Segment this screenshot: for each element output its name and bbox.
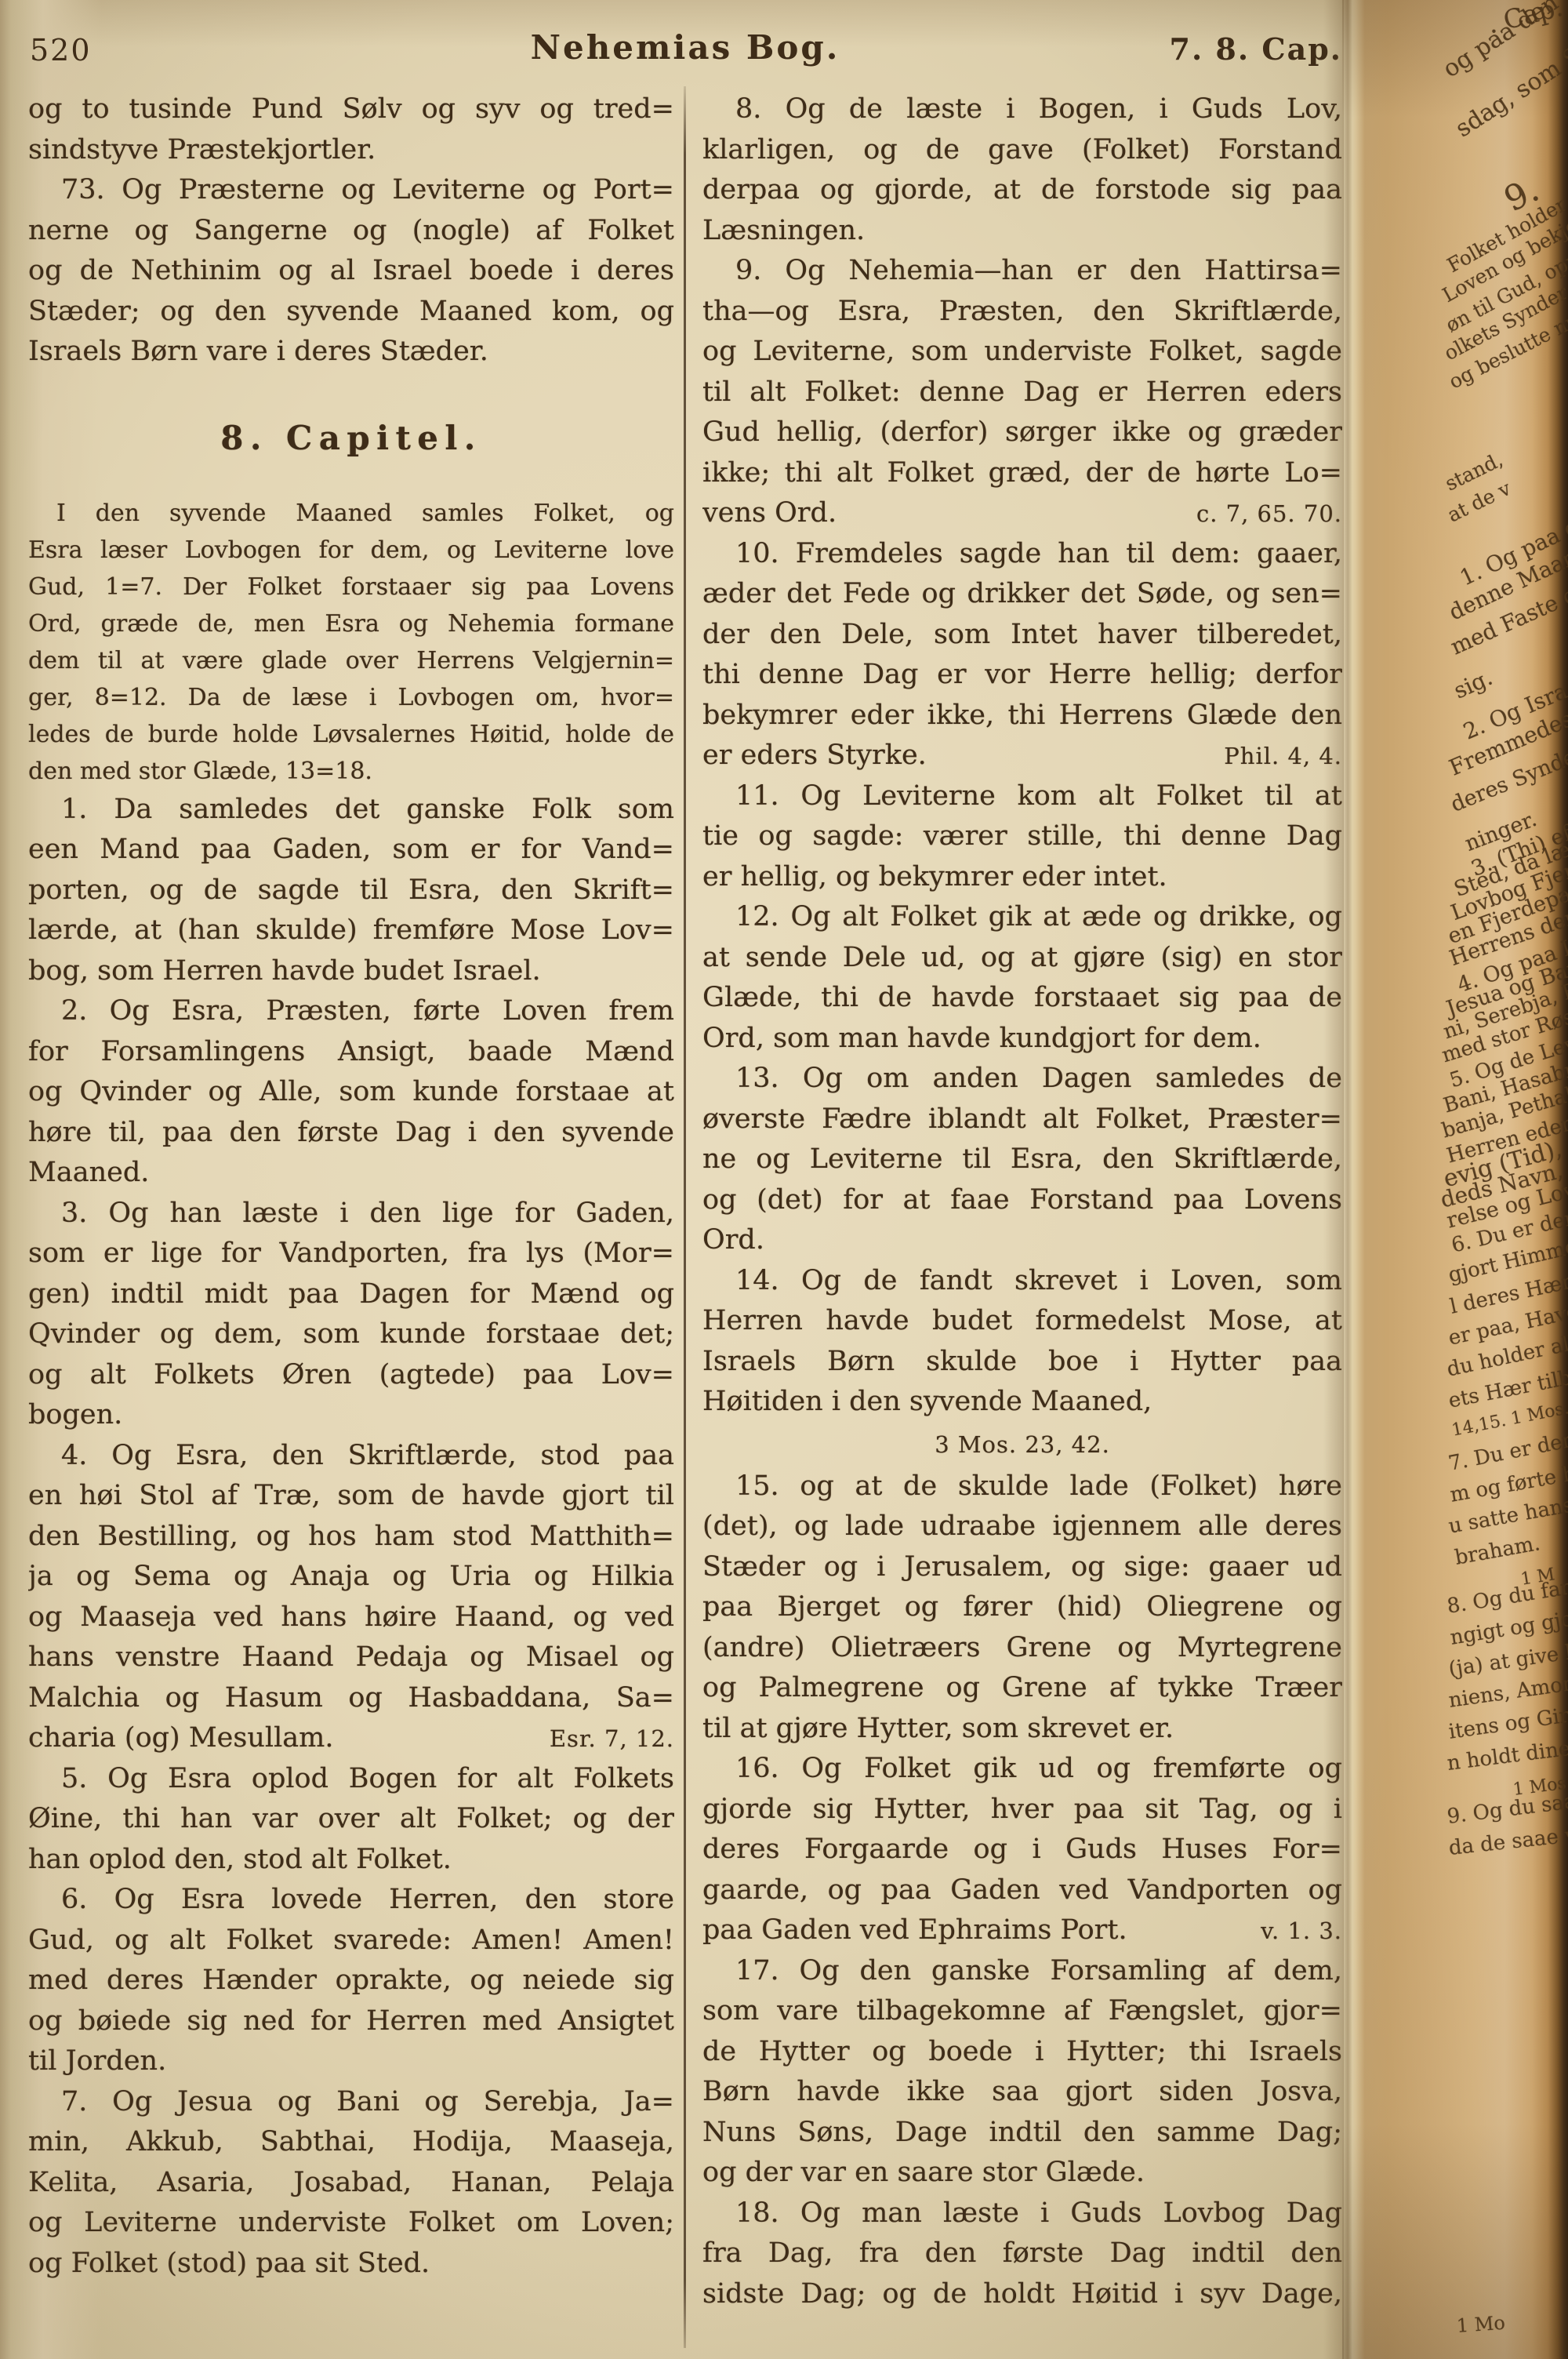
left-text-column: og to tusinde Pund Sølv og syv og tred=s… xyxy=(28,89,674,2284)
text-line: og Palmegrene og Grene af tykke Træer xyxy=(702,1668,1342,1709)
text-line: æder det Fede og drikker det Søde, og se… xyxy=(702,574,1342,615)
text-line: 2. Og Esra, Præsten, førte Loven frem xyxy=(28,991,674,1032)
text-line: og der var en saare stor Glæde. xyxy=(702,2153,1342,2194)
text-line: 5. Og Esra oplod Bogen for alt Folkets xyxy=(28,1759,674,1800)
text-line: han oplod den, stod alt Folket. xyxy=(28,1840,674,1881)
text-line: og (det) for at faae Forstand paa Lovens xyxy=(702,1180,1342,1221)
text-line: 3. Og han læste i den lige for Gaden, xyxy=(28,1194,674,1234)
text-line: Israels Børn skulde boe i Hytter paa xyxy=(702,1342,1342,1383)
verse-reference: c. 7, 65. 70. xyxy=(1196,494,1342,534)
page-gutter-shadow xyxy=(1323,0,1344,2359)
text-line: 14. Og de fandt skrevet i Loven, som xyxy=(702,1261,1342,1302)
text-line: Læsningen. xyxy=(702,211,1342,252)
verse-block: 1. Da samledes det ganske Folk someen Ma… xyxy=(28,790,674,2284)
column-divider-rule xyxy=(684,86,686,2348)
verse-text: paa Gaden ved Ephraims Port. xyxy=(702,1910,1127,1951)
text-line: der den Dele, som Intet haver tilberedet… xyxy=(702,615,1342,656)
text-line: og Leviterne, som underviste Folket, sag… xyxy=(702,332,1342,373)
text-line: Herren havde budet formedelst Mose, at xyxy=(702,1301,1342,1342)
verse-text: er eders Styrke. xyxy=(702,736,927,776)
text-line: bekymrer eder ikke, thi Herrens Glæde de… xyxy=(702,696,1342,736)
text-line: og Maaseja ved hans høire Haand, og ved xyxy=(28,1598,674,1638)
text-line: paa Gaden ved Ephraims Port.v. 1. 3. xyxy=(702,1910,1342,1951)
verse-block: og to tusinde Pund Sølv og syv og tred=s… xyxy=(28,89,674,373)
text-line: til alt Folket: denne Dag er Herren eder… xyxy=(702,373,1342,413)
text-line: Ord, græde de, men Esra og Nehemia forma… xyxy=(28,605,674,642)
text-line: og to tusinde Pund Sølv og syv og tred= xyxy=(28,89,674,130)
text-line: 11. Og Leviterne kom alt Folket til at xyxy=(702,776,1342,817)
chapter-summary: I den syvende Maaned samles Folket, ogEs… xyxy=(28,495,674,790)
text-line: thi denne Dag er vor Herre hellig; derfo… xyxy=(702,655,1342,696)
text-line: og Folket (stod) paa sit Sted. xyxy=(28,2244,674,2284)
text-line: høre til, paa den første Dag i den syven… xyxy=(28,1113,674,1154)
text-line: gjorde sig Hytter, hver paa sit Tag, og … xyxy=(702,1790,1342,1830)
text-line: 7. Og Jesua og Bani og Serebja, Ja= xyxy=(28,2082,674,2123)
text-line: Øine, thi han var over alt Folket; og de… xyxy=(28,1799,674,1840)
text-line: bogen. xyxy=(28,1395,674,1436)
text-line: 8. Og de læste i Bogen, i Guds Lov, xyxy=(702,89,1342,130)
text-line: 17. Og den ganske Forsamling af dem, xyxy=(702,1951,1342,1992)
text-line: for Forsamlingens Ansigt, baade Mænd xyxy=(28,1032,674,1073)
book-page-photo: 520 Nehemias Bog. 7. 8. Cap. og to tusin… xyxy=(0,0,1568,2359)
adjacent-page-curl: . Cap.og paa den ottensdag, som Ski9.Fol… xyxy=(1342,0,1568,2359)
text-line: Nuns Søns, Dage indtil den samme Dag; xyxy=(702,2113,1342,2154)
text-line: 18. Og man læste i Guds Lovbog Dag xyxy=(702,2194,1342,2234)
text-line: ikke; thi alt Folket græd, der de hørte … xyxy=(702,453,1342,494)
text-line: lærde, at (han skulde) fremføre Mose Lov… xyxy=(28,911,674,951)
text-line: og bøiede sig ned for Herren med Ansigte… xyxy=(28,2001,674,2042)
text-line: de Hytter og boede i Hytter; thi Israels xyxy=(702,2032,1342,2073)
text-line: Stæder og i Jerusalem, og sige: gaaer ud xyxy=(702,1547,1342,1588)
verse-text: charia (og) Mesullam. xyxy=(28,1718,333,1759)
verse-text: vens Ord. xyxy=(702,493,837,534)
text-line: derpaa og gjorde, at de forstode sig paa xyxy=(702,170,1342,211)
text-line: 4. Og Esra, den Skriftlærde, stod paa xyxy=(28,1436,674,1477)
text-line: charia (og) Mesullam.Esr. 7, 12. xyxy=(28,1718,674,1759)
text-line: min, Akkub, Sabthai, Hodija, Maaseja, xyxy=(28,2122,674,2163)
edge-text-fragment: da de saae vor xyxy=(1447,1821,1568,1860)
text-line: og alt Folkets Øren (agtede) paa Lov= xyxy=(28,1355,674,1396)
text-line: vens Ord.c. 7, 65. 70. xyxy=(702,493,1342,534)
text-line: Maaned. xyxy=(28,1153,674,1194)
text-line: at sende Dele ud, og at gjøre (sig) en s… xyxy=(702,938,1342,979)
text-line: gen) indtil midt paa Dagen for Mænd og xyxy=(28,1274,674,1315)
text-line: (det), og lade udraabe igjennem alle der… xyxy=(702,1507,1342,1547)
text-line: Gud hellig, (derfor) sørger ikke og græd… xyxy=(702,413,1342,453)
text-line: med deres Hænder oprakte, og neiede sig xyxy=(28,1961,674,2001)
text-line: den Bestilling, og hos ham stod Matthith… xyxy=(28,1517,674,1558)
text-line: til Jorden. xyxy=(28,2041,674,2082)
text-line: deres Forgaarde og i Guds Huses For= xyxy=(702,1830,1342,1870)
text-line: I den syvende Maaned samles Folket, og xyxy=(28,495,674,532)
text-line: (andre) Olietræers Grene og Myrtegrene xyxy=(702,1628,1342,1669)
text-line: ger, 8=12. Da de læse i Lovbogen om, hvo… xyxy=(28,679,674,716)
text-line: Glæde, thi de havde forstaaet sig paa de xyxy=(702,978,1342,1019)
text-line: er hellig, og bekymrer eder intet. xyxy=(702,857,1342,898)
text-line: klarligen, og de gave (Folket) Forstand xyxy=(702,130,1342,171)
text-line: øverste Fædre iblandt alt Folket, Præste… xyxy=(702,1100,1342,1140)
text-line: een Mand paa Gaden, som er for Vand= xyxy=(28,830,674,871)
text-line: sidste Dag; og de holdt Høitid i syv Dag… xyxy=(702,2274,1342,2315)
verse-reference: Esr. 7, 12. xyxy=(550,1719,674,1759)
text-line: 9. Og Nehemia—han er den Hattirsa= xyxy=(702,251,1342,292)
text-line: 13. Og om anden Dagen samledes de xyxy=(702,1059,1342,1100)
text-line: 73. Og Præsterne og Leviterne og Port= xyxy=(28,170,674,211)
text-line: Ord. xyxy=(702,1220,1342,1261)
text-line: hans venstre Haand Pedaja og Misael og xyxy=(28,1637,674,1678)
text-line: 1. Da samledes det ganske Folk som xyxy=(28,790,674,831)
edge-text-fragment: sig. xyxy=(1450,664,1496,704)
text-line: Gud, og alt Folket svarede: Amen! Amen! xyxy=(28,1921,674,1961)
text-line: gaarde, og paa Gaden ved Vandporten og xyxy=(702,1870,1342,1911)
text-line: 12. Og alt Folket gik at æde og drikke, … xyxy=(702,897,1342,938)
text-line: 15. og at de skulde lade (Folket) høre xyxy=(702,1467,1342,1507)
edge-text-fragment: braham. xyxy=(1453,1532,1541,1570)
text-line: 6. Og Esra lovede Herren, den store xyxy=(28,1880,674,1921)
page-header: 520 Nehemias Bog. 7. 8. Cap. xyxy=(28,28,1342,77)
text-line: som er lige for Vandporten, fra lys (Mor… xyxy=(28,1234,674,1274)
text-line: og Leviterne underviste Folket om Loven; xyxy=(28,2203,674,2244)
right-text-column: 8. Og de læste i Bogen, i Guds Lov,klarl… xyxy=(702,89,1342,2314)
text-line: til at gjøre Hytter, som skrevet er. xyxy=(702,1709,1342,1750)
text-line: og Qvinder og Alle, som kunde forstaae a… xyxy=(28,1072,674,1113)
text-line: fra Dag, fra den første Dag indtil den xyxy=(702,2234,1342,2274)
text-line: paa Bjerget og fører (hid) Oliegrene og xyxy=(702,1587,1342,1628)
chapter-heading: 8. Capitel. xyxy=(28,415,674,462)
text-line: bog, som Herren havde budet Israel. xyxy=(28,951,674,992)
text-line: Børn havde ikke saa gjort siden Josva, xyxy=(702,2072,1342,2113)
text-line: ja og Sema og Anaja og Uria og Hilkia xyxy=(28,1557,674,1598)
text-line: ledes de burde holde Løvsalernes Høitid,… xyxy=(28,716,674,753)
text-line: som vare tilbagekomne af Fængslet, gjor= xyxy=(702,1991,1342,2032)
text-line: tie og sagde: værer stille, thi denne Da… xyxy=(702,816,1342,857)
text-line: er eders Styrke.Phil. 4, 4. xyxy=(702,736,1342,776)
text-line: ne og Leviterne til Esra, den Skriftlærd… xyxy=(702,1140,1342,1180)
text-line: Qvinder og dem, som kunde forstaae det; xyxy=(28,1314,674,1355)
text-line: porten, og de sagde til Esra, den Skrift… xyxy=(28,871,674,911)
text-line: Malchia og Hasum og Hasbaddana, Sa= xyxy=(28,1678,674,1719)
text-line: Esra læser Lovbogen for dem, og Levitern… xyxy=(28,532,674,569)
text-line: Gud, 1=7. Der Folket forstaaer sig paa L… xyxy=(28,569,674,605)
text-line: nerne og Sangerne og (nogle) af Folket xyxy=(28,211,674,252)
text-line: dem til at være glade over Herrens Velgj… xyxy=(28,642,674,679)
text-line: sindstyve Præstekjortler. xyxy=(28,130,674,171)
text-line: Stæder; og den syvende Maaned kom, og xyxy=(28,292,674,333)
running-title: Nehemias Bog. xyxy=(28,28,1342,67)
text-line: Kelita, Asaria, Josabad, Hanan, Pelaja xyxy=(28,2163,674,2204)
text-line: den med stor Glæde, 13=18. xyxy=(28,753,674,790)
text-line: og de Nethinim og al Israel boede i dere… xyxy=(28,251,674,292)
text-line: 3 Mos. 23, 42. xyxy=(702,1423,1342,1467)
text-line: en høi Stol af Træ, som de havde gjort t… xyxy=(28,1476,674,1517)
text-line: tha—og Esra, Præsten, den Skriftlærde, xyxy=(702,292,1342,333)
text-line: 10. Fremdeles sagde han til dem: gaaer, xyxy=(702,534,1342,575)
edge-text-fragment: 1 Mo xyxy=(1456,2312,1506,2337)
text-line: 16. Og Folket gik ud og fremførte og xyxy=(702,1749,1342,1790)
text-line: Høitiden i den syvende Maaned, xyxy=(702,1382,1342,1423)
text-line: Israels Børn vare i deres Stæder. xyxy=(28,332,674,373)
text-line: Ord, som man havde kundgjort for dem. xyxy=(702,1019,1342,1060)
chapter-header: 7. 8. Cap. xyxy=(1170,31,1342,67)
